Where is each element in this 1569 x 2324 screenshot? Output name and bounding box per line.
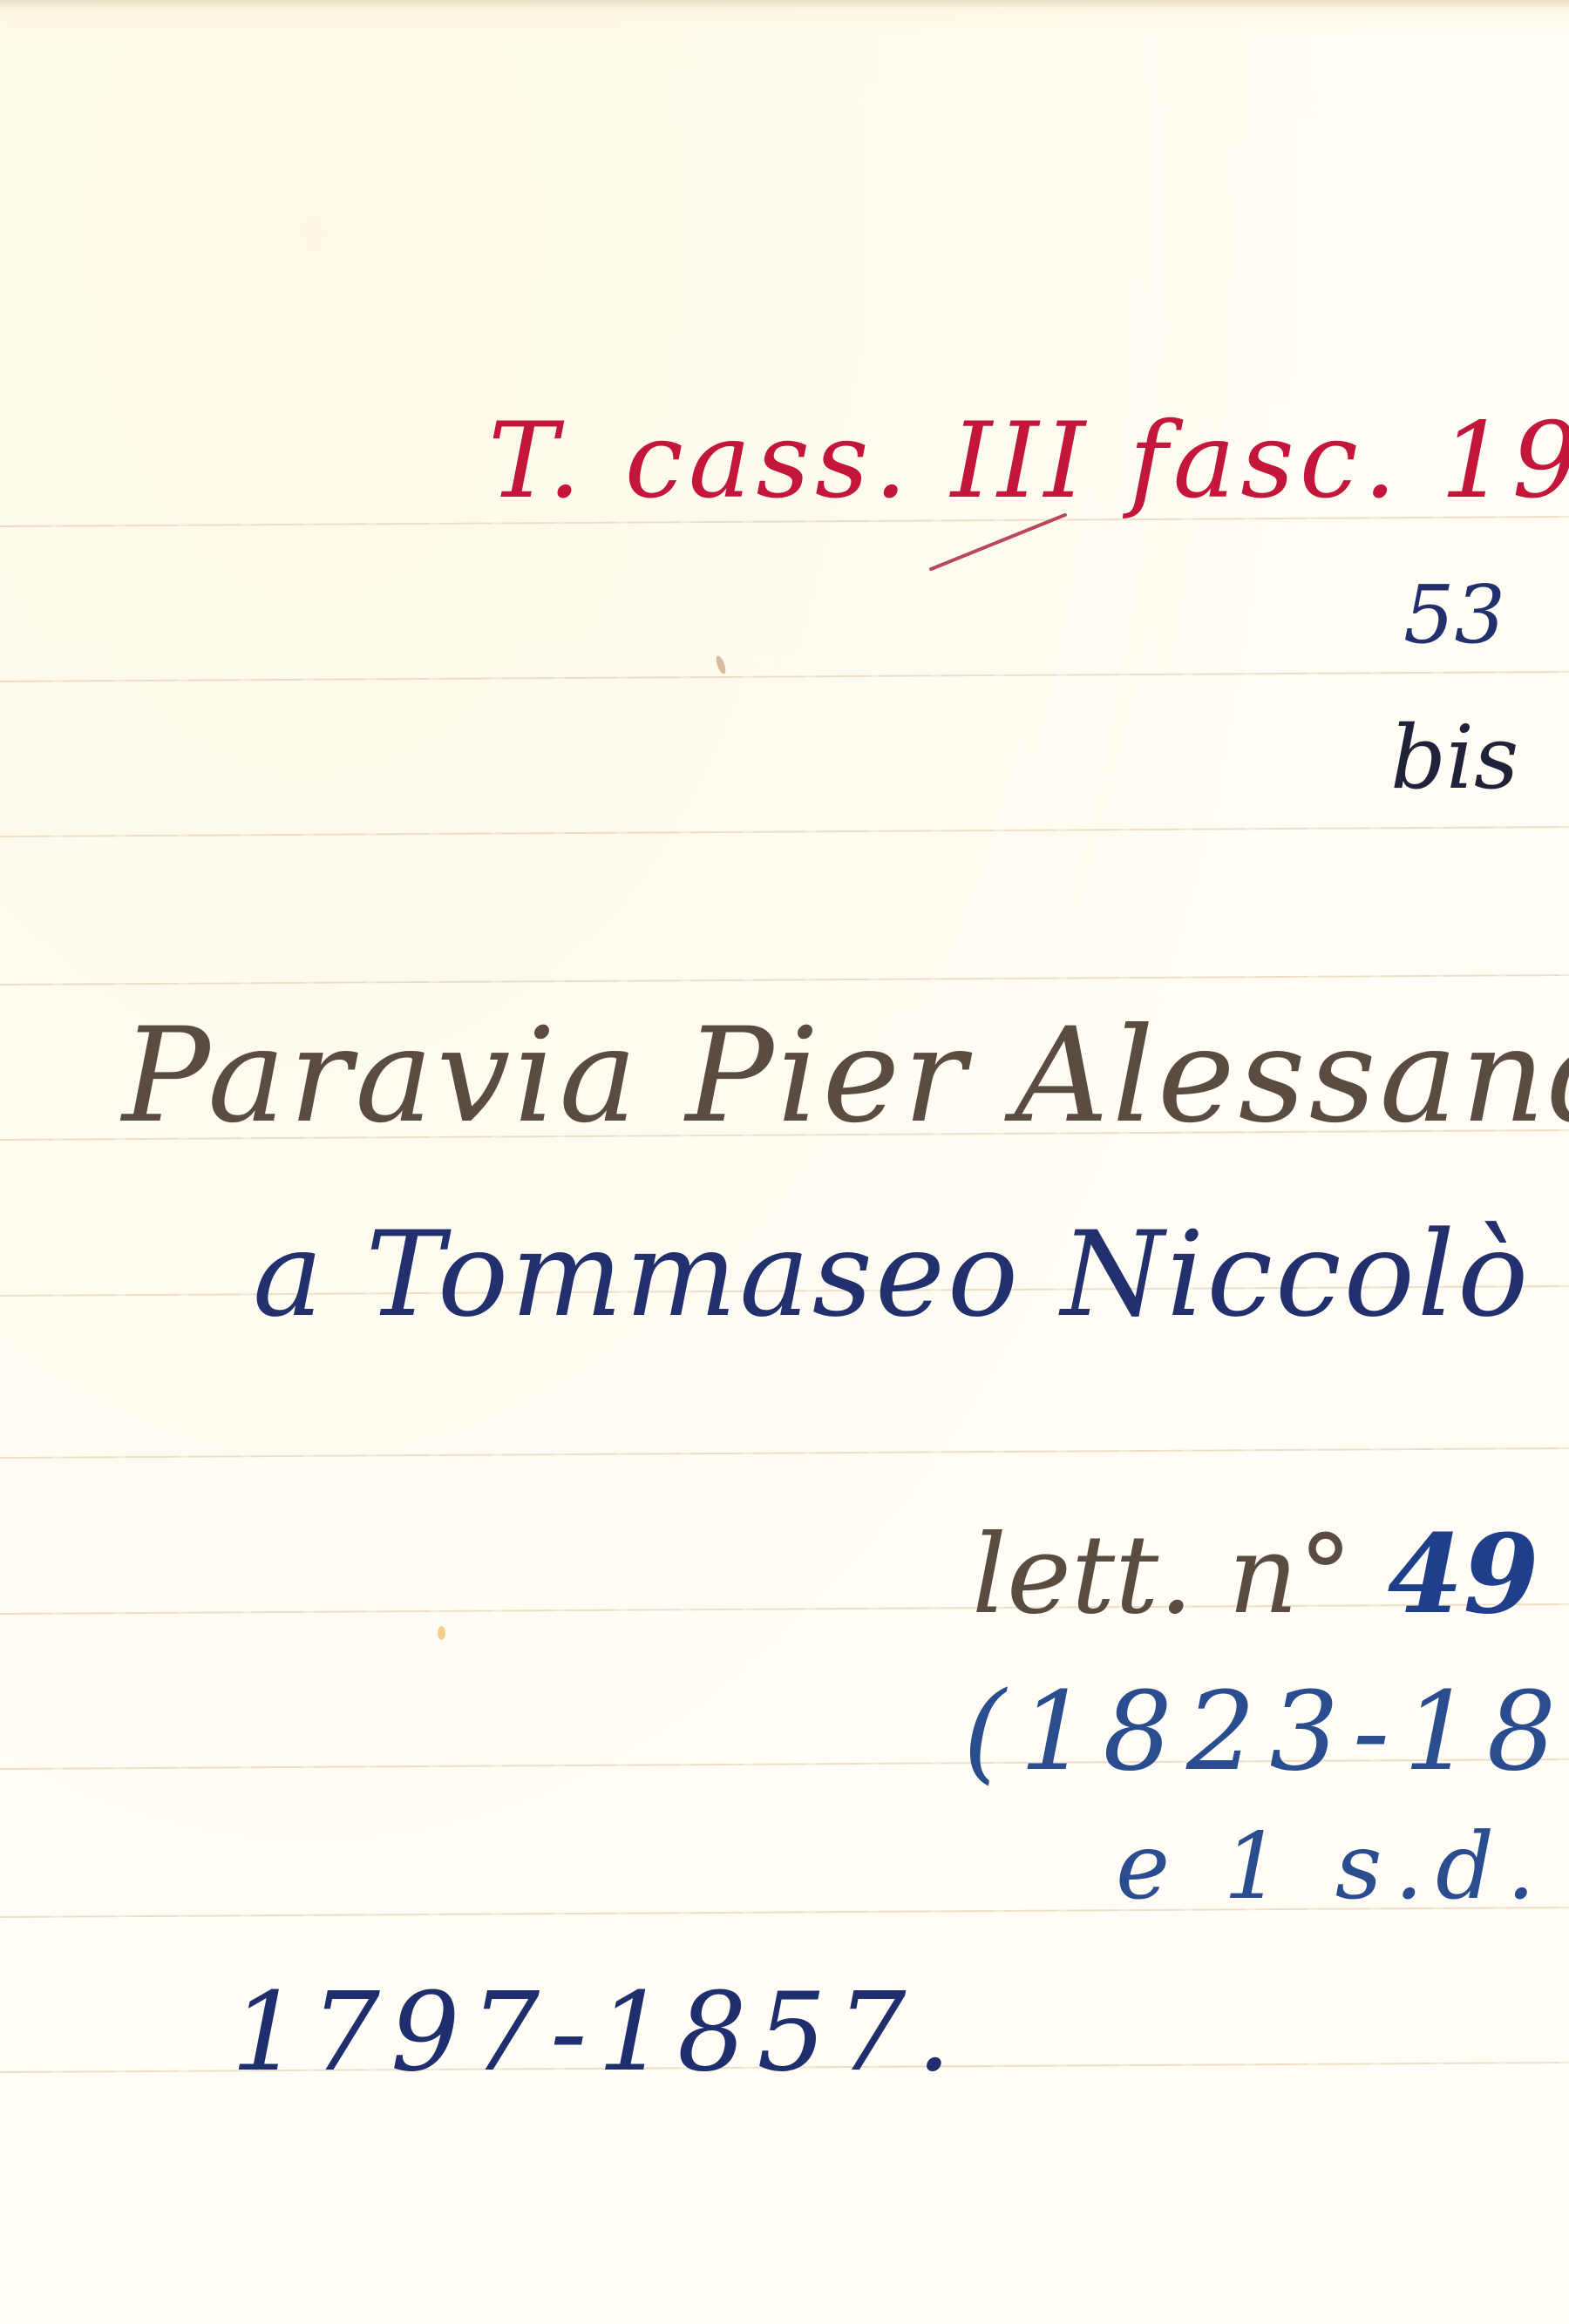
undated-letters-note: e 1 s.d. — [1116, 1821, 1548, 1913]
card-top-edge — [0, 0, 1569, 9]
letter-date-range: (1823-1848) — [963, 1677, 1569, 1786]
recipient-name: a Tommaseo Niccolò — [253, 1216, 1531, 1333]
author-life-dates: 1797-1857. — [231, 1978, 961, 2087]
ruled-line — [0, 671, 1569, 682]
archive-reference-text: T. cass. III fasc. 190. — [488, 401, 1569, 522]
letter-count-label: lett. n° — [972, 1512, 1353, 1638]
ruled-line — [0, 1447, 1569, 1459]
archive-sub-number: 53 — [1403, 575, 1505, 655]
stain-speck — [438, 1626, 445, 1640]
ruled-line — [0, 974, 1569, 986]
letter-count-value: 49 — [1388, 1511, 1539, 1638]
ruled-line — [0, 826, 1569, 837]
ink-speck — [714, 654, 727, 674]
author-name: Paravia Pier Alessandro — [122, 1011, 1569, 1142]
letter-count: lett. n° 49 — [972, 1521, 1539, 1630]
archive-sub-suffix: bis — [1390, 715, 1518, 802]
catalog-card: T. cass. III fasc. 190. 53 bis Paravia P… — [0, 0, 1569, 2324]
archive-reference: T. cass. III fasc. 190. — [488, 410, 1569, 514]
